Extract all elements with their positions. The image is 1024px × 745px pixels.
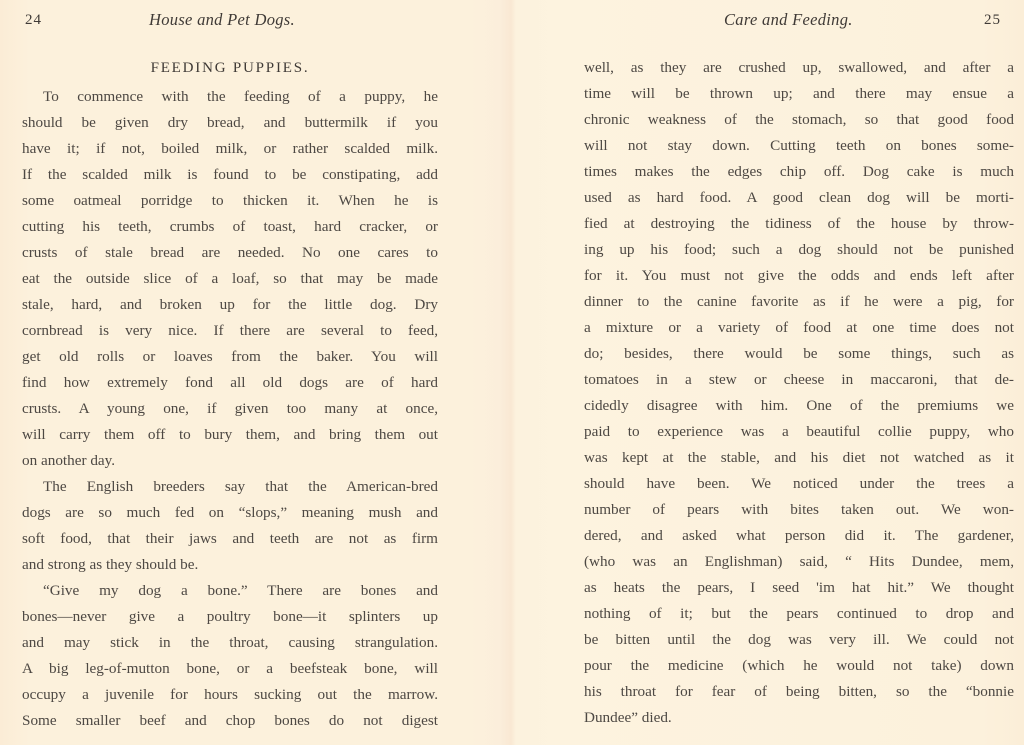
text-line: and may stick in the throat, causing str… xyxy=(22,630,438,656)
text-line: do; besides, there would be some things,… xyxy=(584,341,1014,367)
text-line: will carry them off to bury them, and br… xyxy=(22,422,438,448)
text-line: should be given dry bread, and buttermil… xyxy=(22,110,438,136)
book-spread: 24 House and Pet Dogs. FEEDING PUPPIES. … xyxy=(0,0,1024,745)
text-line: dinner to the canine favorite as if he w… xyxy=(584,289,1014,315)
text-line: well, as they are crushed up, swallowed,… xyxy=(584,55,1014,81)
running-head: House and Pet Dogs. xyxy=(149,10,295,30)
text-line: To commence with the feeding of a puppy,… xyxy=(22,84,438,110)
text-line: times makes the edges chip off. Dog cake… xyxy=(584,159,1014,185)
text-line: (who was an Englishman) said, “ Hits Dun… xyxy=(584,549,1014,575)
text-line: A big leg-of-mutton bone, or a beefsteak… xyxy=(22,656,438,682)
text-line: as heats the pears, I seed 'im hat hit.”… xyxy=(584,575,1014,601)
page-number: 24 xyxy=(25,12,42,29)
text-line: for it. You must not give the odds and e… xyxy=(584,263,1014,289)
text-line: paid to experience was a beautiful colli… xyxy=(584,419,1014,445)
text-line: dogs are so much fed on “slops,” meaning… xyxy=(22,500,438,526)
text-line: tomatoes in a stew or cheese in maccaron… xyxy=(584,367,1014,393)
text-line: Some smaller beef and chop bones do not … xyxy=(22,708,438,734)
text-line: bones—never give a poultry bone—it splin… xyxy=(22,604,438,630)
text-line: nothing of it; but the pears continued t… xyxy=(584,601,1014,627)
text-line: pour the medicine (which he would not ta… xyxy=(584,653,1014,679)
left-page: 24 House and Pet Dogs. FEEDING PUPPIES. … xyxy=(0,0,512,745)
body-text: To commence with the feeding of a puppy,… xyxy=(22,84,438,734)
text-line: cornbread is very nice. If there are sev… xyxy=(22,318,438,344)
text-line: will not stay down. Cutting teeth on bon… xyxy=(584,133,1014,159)
page-number: 25 xyxy=(984,12,1001,29)
text-line: and strong as they should be. xyxy=(22,552,438,578)
text-line: on another day. xyxy=(22,448,438,474)
text-line: should have been. We noticed under the t… xyxy=(584,471,1014,497)
text-line: his throat for fear of being bitten, so … xyxy=(584,679,1014,705)
chapter-heading: FEEDING PUPPIES. xyxy=(22,60,438,77)
text-line: occupy a juvenile for hours sucking out … xyxy=(22,682,438,708)
text-line: crusts. A young one, if given too many a… xyxy=(22,396,438,422)
text-line: Dundee” died. xyxy=(584,705,1014,731)
running-head: Care and Feeding. xyxy=(724,10,853,30)
text-line: fied at destroying the tidiness of the h… xyxy=(584,211,1014,237)
text-line: find how extremely fond all old dogs are… xyxy=(22,370,438,396)
text-line: ing up his food; such a dog should not b… xyxy=(584,237,1014,263)
text-line: have it; if not, boiled milk, or rather … xyxy=(22,136,438,162)
text-line: be bitten until the dog was very ill. We… xyxy=(584,627,1014,653)
text-line: number of pears with bites taken out. We… xyxy=(584,497,1014,523)
text-line: chronic weakness of the stomach, so that… xyxy=(584,107,1014,133)
text-line: eat the outside slice of a loaf, so that… xyxy=(22,266,438,292)
text-line: was kept at the stable, and his diet not… xyxy=(584,445,1014,471)
text-line: If the scalded milk is found to be const… xyxy=(22,162,438,188)
text-line: time will be thrown up; and there may en… xyxy=(584,81,1014,107)
text-line: cidedly disagree with him. One of the pr… xyxy=(584,393,1014,419)
body-text: well, as they are crushed up, swallowed,… xyxy=(584,55,1014,731)
text-line: a mixture or a variety of food at one ti… xyxy=(584,315,1014,341)
text-line: crusts of stale bread are needed. No one… xyxy=(22,240,438,266)
text-line: used as hard food. A good clean dog will… xyxy=(584,185,1014,211)
text-line: some oatmeal porridge to thicken it. Whe… xyxy=(22,188,438,214)
text-line: get old rolls or loaves from the baker. … xyxy=(22,344,438,370)
text-line: The English breeders say that the Americ… xyxy=(22,474,438,500)
text-line: dered, and asked what person did it. The… xyxy=(584,523,1014,549)
text-line: “Give my dog a bone.” There are bones an… xyxy=(22,578,438,604)
text-line: stale, hard, and broken up for the littl… xyxy=(22,292,438,318)
right-page: Care and Feeding. 25 well, as they are c… xyxy=(512,0,1024,745)
text-line: soft food, that their jaws and teeth are… xyxy=(22,526,438,552)
text-line: cutting his teeth, crumbs of toast, hard… xyxy=(22,214,438,240)
